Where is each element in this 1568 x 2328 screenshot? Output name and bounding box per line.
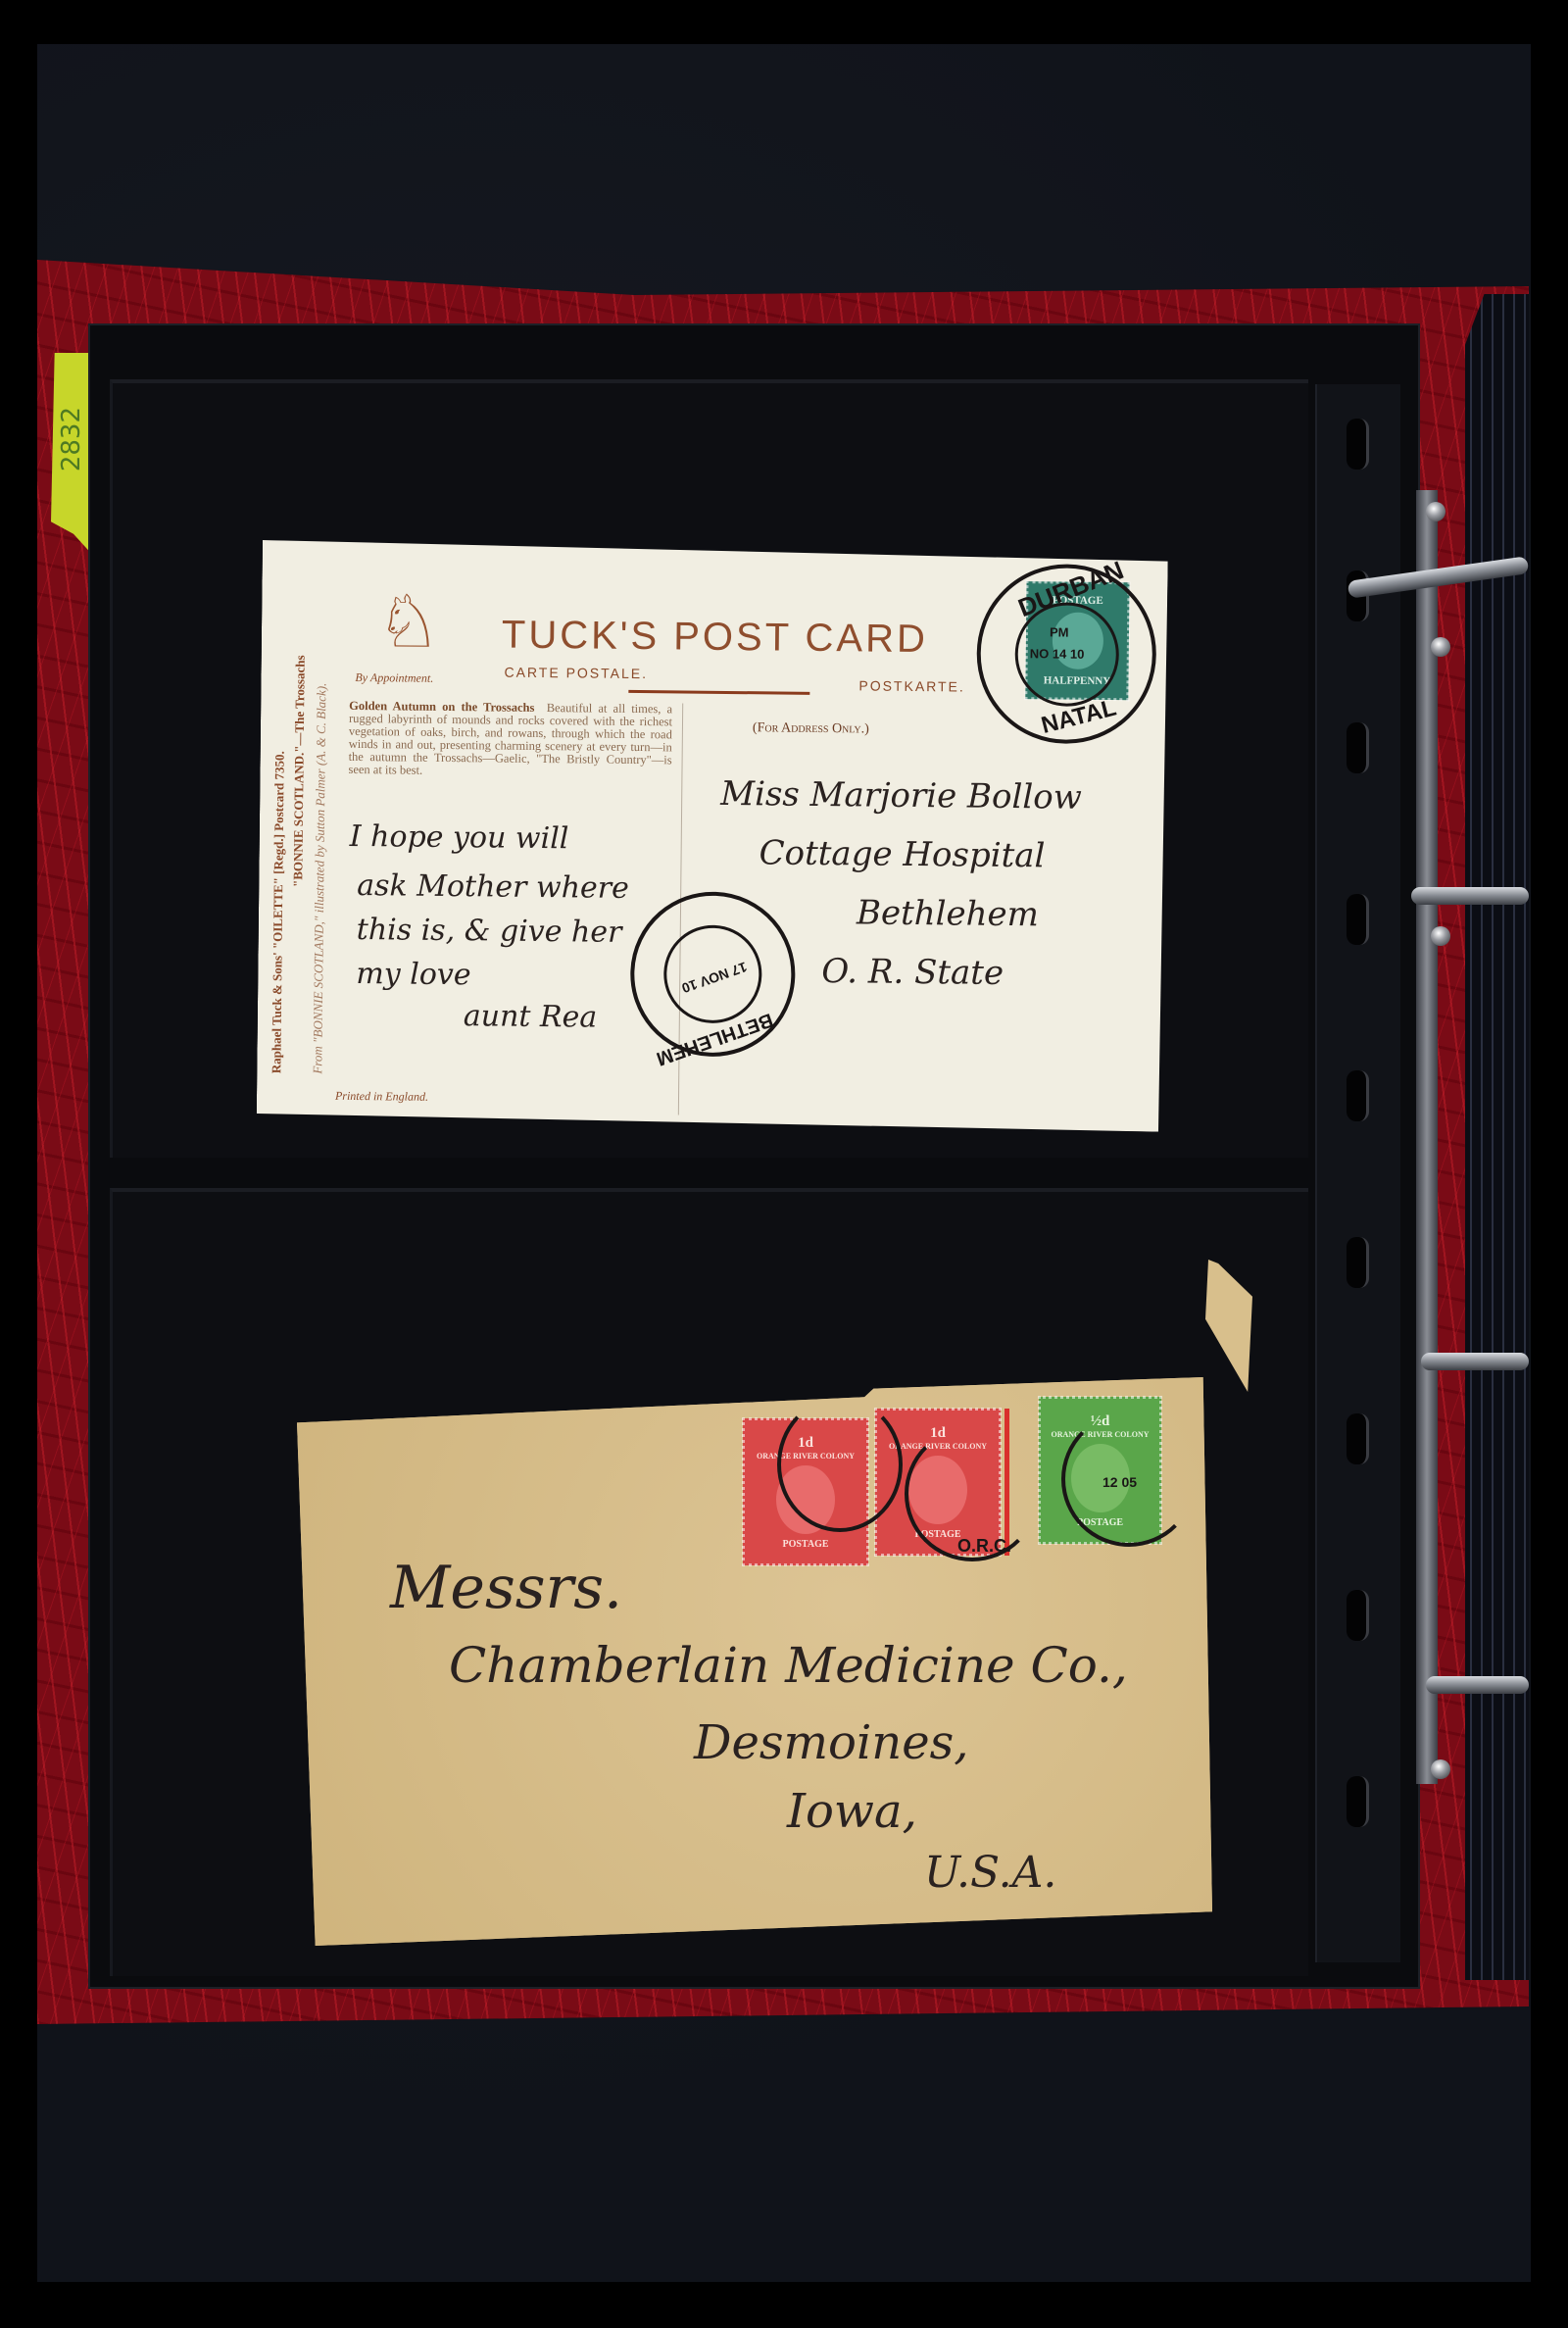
durban-postmark: DURBAN PM NO 14 10 NATAL bbox=[976, 564, 1157, 745]
rivet-icon bbox=[1431, 637, 1450, 657]
punch-hole bbox=[1347, 1776, 1369, 1827]
stamp-label: POSTAGE bbox=[782, 1539, 828, 1550]
binder-ring[interactable] bbox=[1426, 1676, 1529, 1694]
address-line: Messrs. bbox=[390, 1554, 622, 1622]
publisher-line: From "BONNIE SCOTLAND," illustrated by S… bbox=[310, 683, 329, 1074]
publisher-side-text: Raphael Tuck & Sons' "OILETTE" [Regd.] P… bbox=[263, 564, 337, 1114]
royal-crest-icon: ♘ bbox=[355, 576, 464, 670]
binder-ring[interactable] bbox=[1421, 1353, 1529, 1370]
postmark-date: 12 05 bbox=[1102, 1474, 1137, 1490]
postcard-title: TUCK'S POST CARD bbox=[502, 614, 928, 663]
address-line: Chamberlain Medicine Co., bbox=[449, 1637, 1128, 1694]
address-line: U.S.A. bbox=[924, 1848, 1056, 1898]
description-body: Beautiful at all times, a rugged labyrin… bbox=[348, 701, 672, 777]
message-line: this is, & give her bbox=[357, 913, 622, 950]
crest-caption: By Appointment. bbox=[355, 670, 433, 686]
address-line: Desmoines, bbox=[694, 1715, 969, 1770]
address-line: Bethlehem bbox=[857, 893, 1039, 934]
printed-in-label: Printed in England. bbox=[335, 1089, 428, 1105]
postmark-date: NO 14 10 bbox=[1030, 646, 1085, 662]
envelope-postmark: O.R.C. bbox=[905, 1426, 1040, 1561]
ring-mechanism bbox=[1416, 490, 1438, 1784]
bethlehem-postmark: BETHLEHEM 17 NOV 10 bbox=[608, 869, 817, 1079]
punch-hole bbox=[1347, 1237, 1369, 1288]
subtitle-right: POSTKARTE. bbox=[858, 677, 965, 694]
publisher-line: "BONNIE SCOTLAND."—The Trossachs bbox=[290, 656, 308, 888]
postmark-time: PM bbox=[1050, 624, 1069, 639]
address-line: Iowa, bbox=[787, 1784, 917, 1839]
binder-ring[interactable] bbox=[1411, 887, 1529, 905]
address-only-label: (For Address Only.) bbox=[753, 720, 869, 737]
address-line: O. R. State bbox=[821, 952, 1004, 993]
address-line: Cottage Hospital bbox=[759, 833, 1045, 875]
punched-strip bbox=[1315, 384, 1400, 1962]
album-photo: 2832 Raphael Tuck & Sons' "OILETTE" [Reg… bbox=[0, 0, 1568, 2328]
punch-hole bbox=[1347, 894, 1369, 945]
subtitle-left: CARTE POSTALE. bbox=[504, 665, 648, 682]
postmark-region: O.R.C. bbox=[957, 1536, 1011, 1557]
album-spine bbox=[1465, 294, 1529, 1980]
punch-hole bbox=[1347, 1590, 1369, 1641]
address-line: Miss Marjorie Bollow bbox=[720, 774, 1082, 817]
envelope-postmark bbox=[777, 1397, 903, 1532]
punch-hole bbox=[1347, 419, 1369, 470]
tucks-postcard[interactable]: Raphael Tuck & Sons' "OILETTE" [Regd.] P… bbox=[257, 534, 1168, 1132]
message-line: ask Mother where bbox=[357, 868, 629, 906]
rivet-icon bbox=[1431, 1759, 1450, 1779]
punch-hole bbox=[1347, 722, 1369, 773]
tab-note-text: 2832 bbox=[57, 407, 86, 471]
envelope-cover[interactable]: 1d ORANGE RIVER COLONY POSTAGE 1d ORANGE… bbox=[297, 1377, 1212, 1946]
rivet-icon bbox=[1431, 926, 1450, 946]
punch-hole bbox=[1347, 1070, 1369, 1121]
message-line: my love bbox=[356, 957, 471, 992]
title-rule bbox=[628, 690, 809, 695]
message-line: I hope you will bbox=[350, 819, 569, 856]
envelope-postmark: 12 05 bbox=[1061, 1412, 1197, 1547]
scene-description: Golden Autumn on the Trossachs Beautiful… bbox=[348, 700, 672, 779]
punch-hole bbox=[1347, 1413, 1369, 1464]
rivet-icon bbox=[1426, 502, 1445, 521]
publisher-line: Raphael Tuck & Sons' "OILETTE" [Regd.] P… bbox=[269, 751, 287, 1073]
message-line: aunt Rea bbox=[464, 999, 598, 1034]
